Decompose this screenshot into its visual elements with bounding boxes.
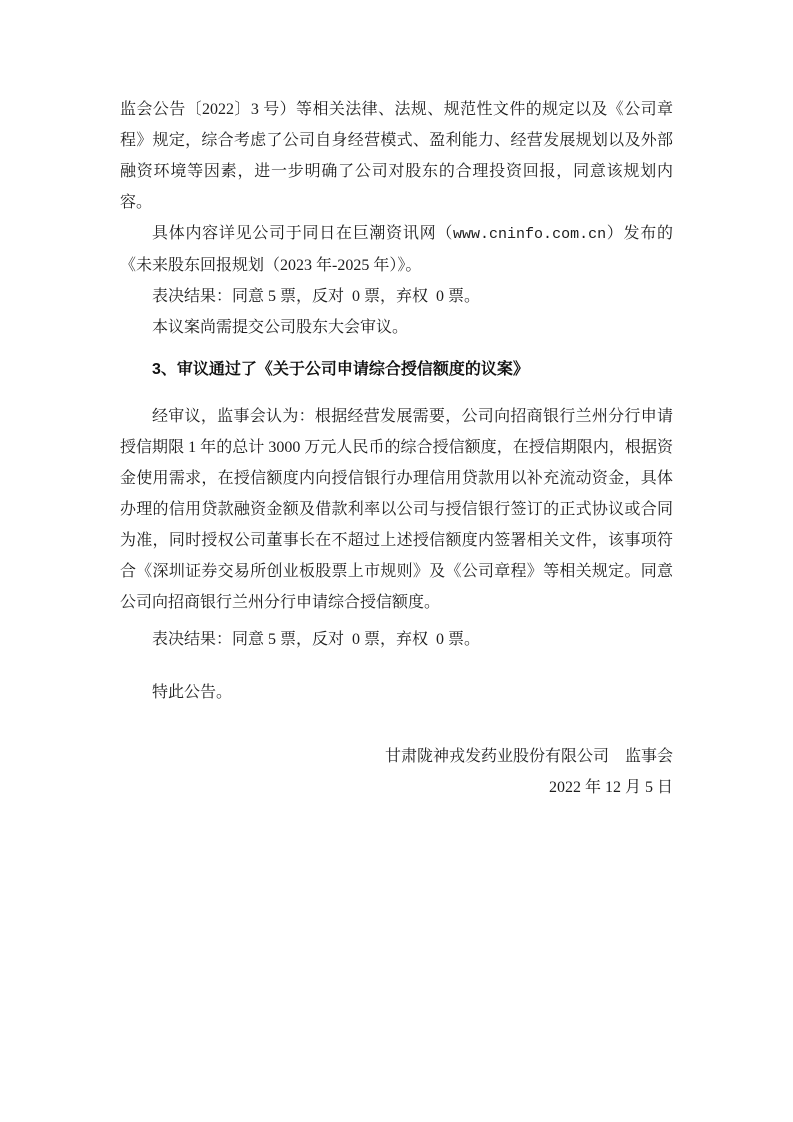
signature-block: 甘肃陇神戎发药业股份有限公司 监事会 2022 年 12 月 5 日: [120, 741, 673, 803]
signature-company-name: 甘肃陇神戎发药业股份有限公司 监事会: [120, 741, 673, 772]
vote-result-item3: 表决结果：同意 5 票，反对 0 票，弃权 0 票。: [120, 624, 673, 655]
closing-statement: 特此公告。: [120, 677, 673, 708]
announcement-page: 监会公告〔2022〕3 号）等相关法律、法规、规范性文件的规定以及《公司章程》规…: [0, 0, 793, 1122]
paragraph-submit-to-shareholders-meeting: 本议案尚需提交公司股东大会审议。: [120, 312, 673, 343]
paragraph-item3-review-opinion: 经审议，监事会认为：根据经营发展需要，公司向招商银行兰州分行申请授信期限 1 年…: [120, 401, 673, 618]
paragraph-regulations-continuation: 监会公告〔2022〕3 号）等相关法律、法规、规范性文件的规定以及《公司章程》规…: [120, 94, 673, 218]
document-body: 监会公告〔2022〕3 号）等相关法律、法规、规范性文件的规定以及《公司章程》规…: [120, 94, 673, 803]
vote-result-item2: 表决结果：同意 5 票，反对 0 票，弃权 0 票。: [120, 281, 673, 312]
paragraph-disclosure-details: 具体内容详见公司于同日在巨潮资讯网（www.cninfo.com.cn）发布的《…: [120, 218, 673, 281]
cninfo-website-url: www.cninfo.com.cn: [453, 226, 606, 243]
disclosure-text-pre: 具体内容详见公司于同日在巨潮资讯网（: [152, 225, 453, 242]
signature-date: 2022 年 12 月 5 日: [120, 772, 673, 803]
heading-item-3-credit-line-proposal: 3、审议通过了《关于公司申请综合授信额度的议案》: [120, 354, 673, 385]
